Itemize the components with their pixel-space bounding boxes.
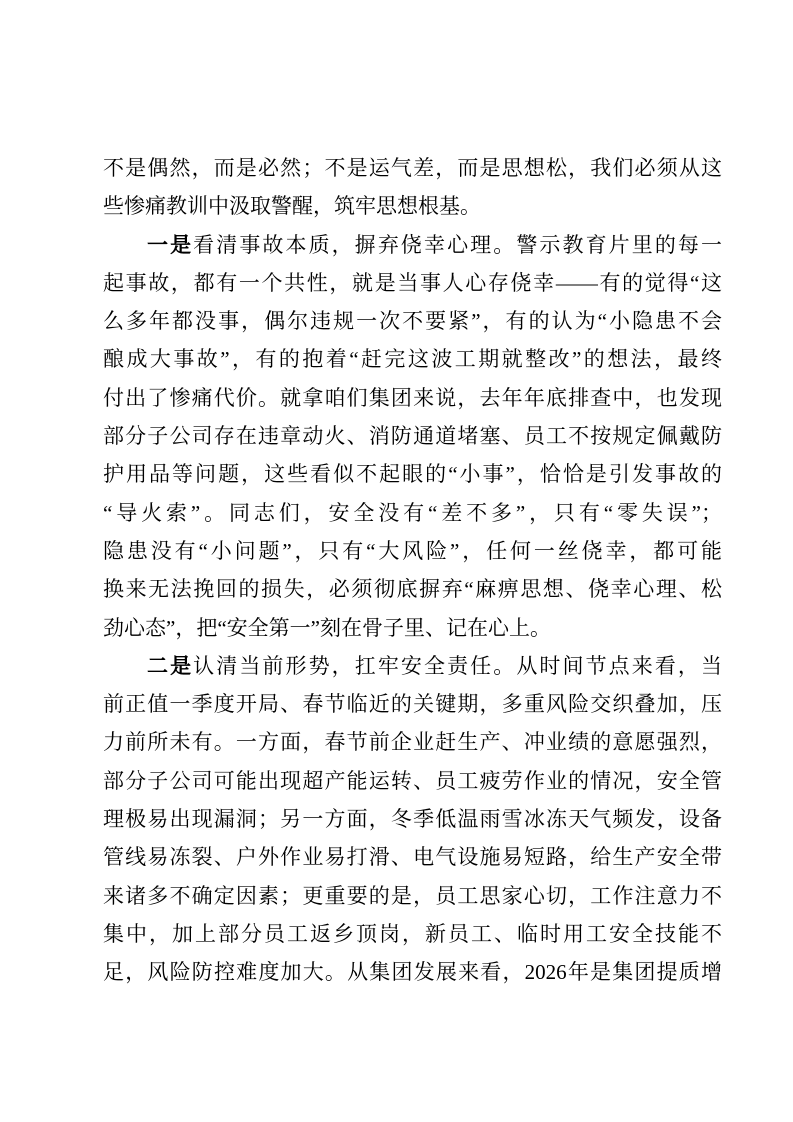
text-line: 不是偶然，而是必然；不是运气差，而是思想松，我们必须从这 [103,149,722,187]
text-run: 么多年都没事，偶尔违规一次不要紧”，有的认为“小隐患不会 [103,309,722,333]
document-text-block: 不是偶然，而是必然；不是运气差，而是思想松，我们必须从这 些惨痛教训中汲取警醒，… [103,149,722,992]
text-run: 部分子公司可能出现超产能运转、员工疲劳作业的情况，安全管 [103,769,722,793]
bold-run: 一是 [147,234,193,257]
text-run: 护用品等问题，这些看似不起眼的“小事”，恰恰是引发事故的 [103,462,722,486]
text-line: “导火索”。同志们，安全没有“差不多”，只有“零失误”； [103,494,722,532]
text-line: 换来无法挽回的损失，必须彻底摒弃“麻痹思想、侥幸心理、松 [103,570,722,608]
text-line: 集中，加上部分员工返乡顶岗，新员工、临时用工安全技能不 [103,915,722,953]
text-run: 起事故，都有一个共性，就是当事人心存侥幸——有的觉得“这 [103,271,722,295]
text-run: 理极易出现漏洞；另一方面，冬季低温雨雪冰冻天气频发，设备 [103,807,722,831]
text-run: 集中，加上部分员工返乡顶岗，新员工、临时用工安全技能不 [103,922,722,946]
text-line: 理极易出现漏洞；另一方面，冬季低温雨雪冰冻天气频发，设备 [103,800,722,838]
text-run: 来诸多不确定因素；更重要的是，员工思家心切，工作注意力不 [103,884,722,908]
text-line: 付出了惨痛代价。就拿咱们集团来说，去年年底排查中，也发现 [103,379,722,417]
text-line: 部分子公司存在违章动火、消防通道堵塞、员工不按规定佩戴防 [103,417,722,455]
text-line: 酿成大事故”，有的抱着“赶完这波工期就整改”的想法，最终 [103,340,722,378]
bold-run: 二是 [147,655,193,678]
text-line: 前正值一季度开局、春节临近的关键期，多重风险交织叠加，压 [103,685,722,723]
text-run: 力前所未有。一方面，春节前企业赶生产、冲业绩的意愿强烈， [103,730,722,754]
document-page: 不是偶然，而是必然；不是运气差，而是思想松，我们必须从这 些惨痛教训中汲取警醒，… [0,0,793,1122]
text-run: 些惨痛教训中汲取警醒，筑牢思想根基。 [103,194,481,218]
text-run: 不是偶然，而是必然；不是运气差，而是思想松，我们必须从这 [103,156,722,180]
text-line: 力前所未有。一方面，春节前企业赶生产、冲业绩的意愿强烈， [103,723,722,761]
text-line: 劲心态”，把“安全第一”刻在骨子里、记在心上。 [103,609,722,647]
text-line: 么多年都没事，偶尔违规一次不要紧”，有的认为“小隐患不会 [103,302,722,340]
text-run: 酿成大事故”，有的抱着“赶完这波工期就整改”的想法，最终 [103,347,722,371]
text-run: 换来无法挽回的损失，必须彻底摒弃“麻痹思想、侥幸心理、松 [103,577,722,601]
text-run: 看清事故本质，摒弃侥幸心理。警示教育片里的每一 [193,233,722,257]
text-run: 管线易冻裂、户外作业易打滑、电气设施易短路，给生产安全带 [103,845,722,869]
text-run: 劲心态”，把“安全第一”刻在骨子里、记在心上。 [103,616,551,640]
text-run: 足，风险防控难度加大。从集团发展来看，2026年是集团提质增 [103,960,722,984]
text-line: 二是认清当前形势，扛牢安全责任。从时间节点来看，当 [103,647,722,685]
text-line: 部分子公司可能出现超产能运转、员工疲劳作业的情况，安全管 [103,762,722,800]
text-run: 隐患没有“小问题”，只有“大风险”，任何一丝侥幸，都可能 [103,539,722,563]
text-line: 护用品等问题，这些看似不起眼的“小事”，恰恰是引发事故的 [103,455,722,493]
text-line: 起事故，都有一个共性，就是当事人心存侥幸——有的觉得“这 [103,264,722,302]
text-line: 一是看清事故本质，摒弃侥幸心理。警示教育片里的每一 [103,226,722,264]
text-line: 管线易冻裂、户外作业易打滑、电气设施易短路，给生产安全带 [103,838,722,876]
text-line: 来诸多不确定因素；更重要的是，员工思家心切，工作注意力不 [103,877,722,915]
text-run: 前正值一季度开局、春节临近的关键期，多重风险交织叠加，压 [103,692,722,716]
text-line: 隐患没有“小问题”，只有“大风险”，任何一丝侥幸，都可能 [103,532,722,570]
text-run: 付出了惨痛代价。就拿咱们集团来说，去年年底排查中，也发现 [103,386,722,410]
text-run: 认清当前形势，扛牢安全责任。从时间节点来看，当 [193,654,722,678]
text-line: 足，风险防控难度加大。从集团发展来看，2026年是集团提质增 [103,953,722,991]
text-run: 部分子公司存在违章动火、消防通道堵塞、员工不按规定佩戴防 [103,424,722,448]
text-run: “导火索”。同志们，安全没有“差不多”，只有“零失误”； [103,501,722,525]
text-line: 些惨痛教训中汲取警醒，筑牢思想根基。 [103,187,722,225]
